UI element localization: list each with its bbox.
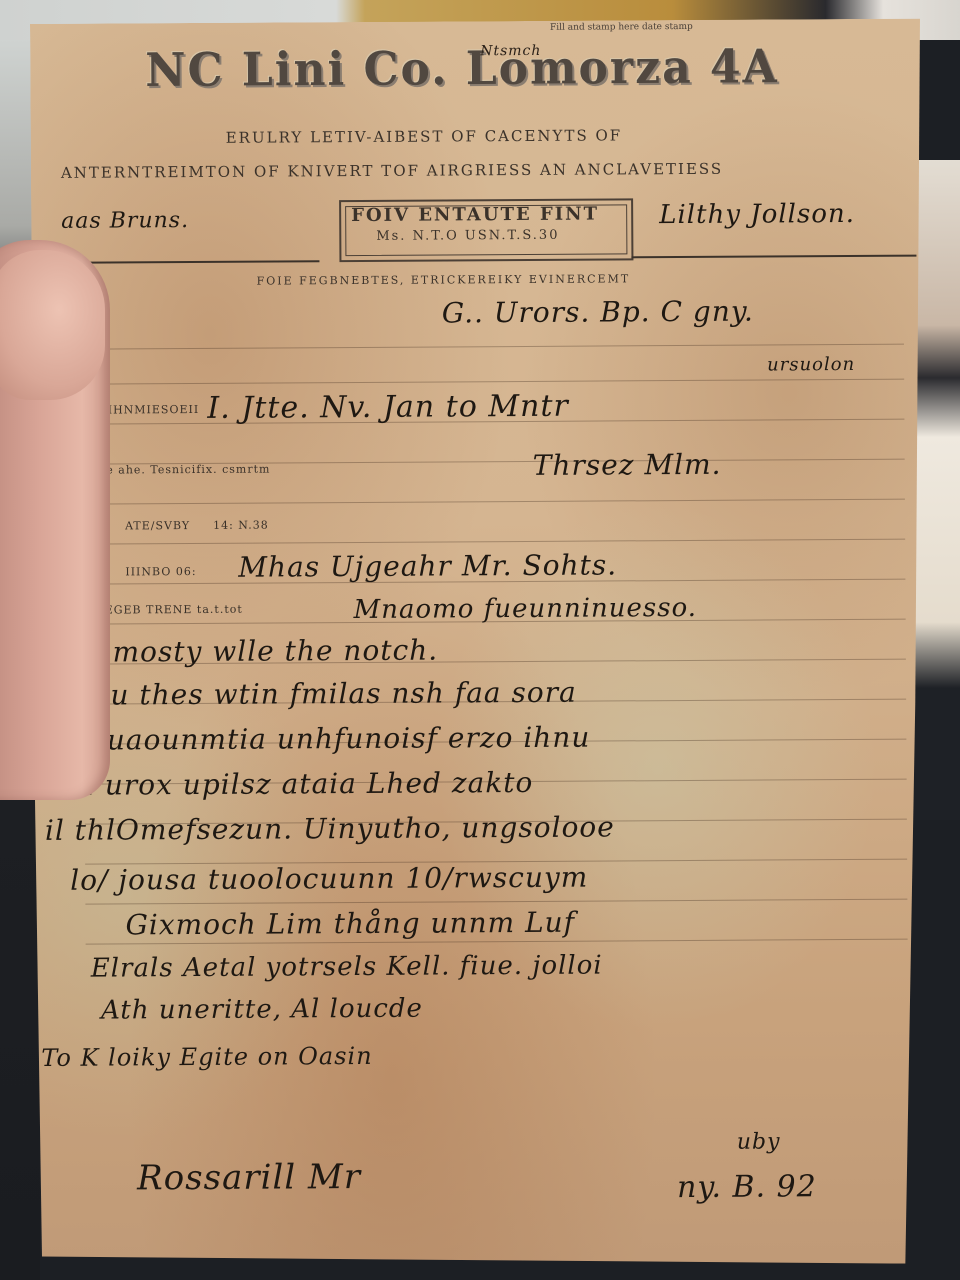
- form-label: 9ee ahe. Tesnicifix. csmrtm: [91, 463, 271, 477]
- signature-left: aas Bruns.: [61, 208, 189, 234]
- letterhead-subtitle-3: FOIE FEGBNEBTES, ETRICKEREIKY EVINERCEMT: [257, 272, 631, 287]
- tiny-header-line: Fill and stamp here date stamp: [550, 22, 693, 33]
- form-value: Mhas Ujgeahr Mr. Sohts.: [238, 548, 617, 583]
- ruled-line: [82, 344, 904, 350]
- thumb: [0, 250, 105, 400]
- form-value: I. Jtte. Nv. Jan to Mntr: [207, 389, 569, 426]
- signature-right: Lilthy Jollson.: [659, 199, 855, 230]
- closing-date: ny. B. 92: [677, 1169, 817, 1205]
- letterhead-subtitle-1: ERULRY LETIV-AIBEST OF CACENYTS OF: [226, 126, 623, 146]
- stamp-line-2: Ms. N.T.O USN.T.S.30: [376, 228, 559, 244]
- body-line: To K loiky Egite on Oasin: [41, 1042, 372, 1072]
- right-margin-note: ursuolon: [767, 354, 855, 376]
- form-label: ATE/SVBY: [125, 519, 190, 532]
- form-value-printed: 14: N.38: [213, 519, 269, 532]
- form-label: IIHNMIESOEII: [102, 403, 199, 417]
- body-line: Ani urox upilsz ataia Lhed zakto: [45, 766, 534, 802]
- body-line: Gixmoch Lim thång unnm Luf: [125, 906, 575, 942]
- closing-initial: uby: [737, 1129, 781, 1154]
- body-line: fyr uaounmtia unhfunoisf erzo ihnu: [54, 721, 590, 757]
- letterhead-subtitle-2: ANTERNTREIMTON OF KNIVERT TOF AIRGRIESS …: [61, 160, 723, 182]
- form-label: IIINBO 06:: [125, 565, 196, 578]
- body-line: Mauu thes wtin fmilas nsh faa sora: [44, 676, 577, 712]
- body-line: il thlOmefsezun. Uinyutho, ungsolooe: [45, 810, 615, 846]
- ruled-line: [83, 539, 905, 545]
- body-line: Elrals Aetal yotrsels Kell. fiue. jolloi: [91, 951, 603, 984]
- ruled-line: [85, 899, 907, 905]
- aged-letter-sheet: Fill and stamp here date stamp NC Lini C…: [30, 19, 928, 1269]
- body-line: lo/ jousa tuoolocuunn 10/rwscuym: [70, 861, 588, 897]
- address-line: G.. Urors. Bp. C gny.: [442, 295, 754, 330]
- ruled-line: [83, 499, 905, 505]
- masthead-handwritten-note: Ntsmch: [480, 43, 541, 59]
- form-value: Mnaomo fueunninuesso.: [353, 593, 697, 625]
- closing-signature: Rossarill Mr: [137, 1157, 361, 1198]
- ruled-line: [82, 379, 904, 385]
- stamp-line-1: FOIV ENTAUTE FINT: [351, 204, 599, 227]
- underline-rule-right: [631, 255, 916, 259]
- masthead-title: NC Lini Co. Lomorza 4A: [145, 40, 779, 97]
- form-value: Thrsez Mlm.: [533, 448, 722, 482]
- body-line: Ath uneritte, Al loucde: [101, 994, 423, 1026]
